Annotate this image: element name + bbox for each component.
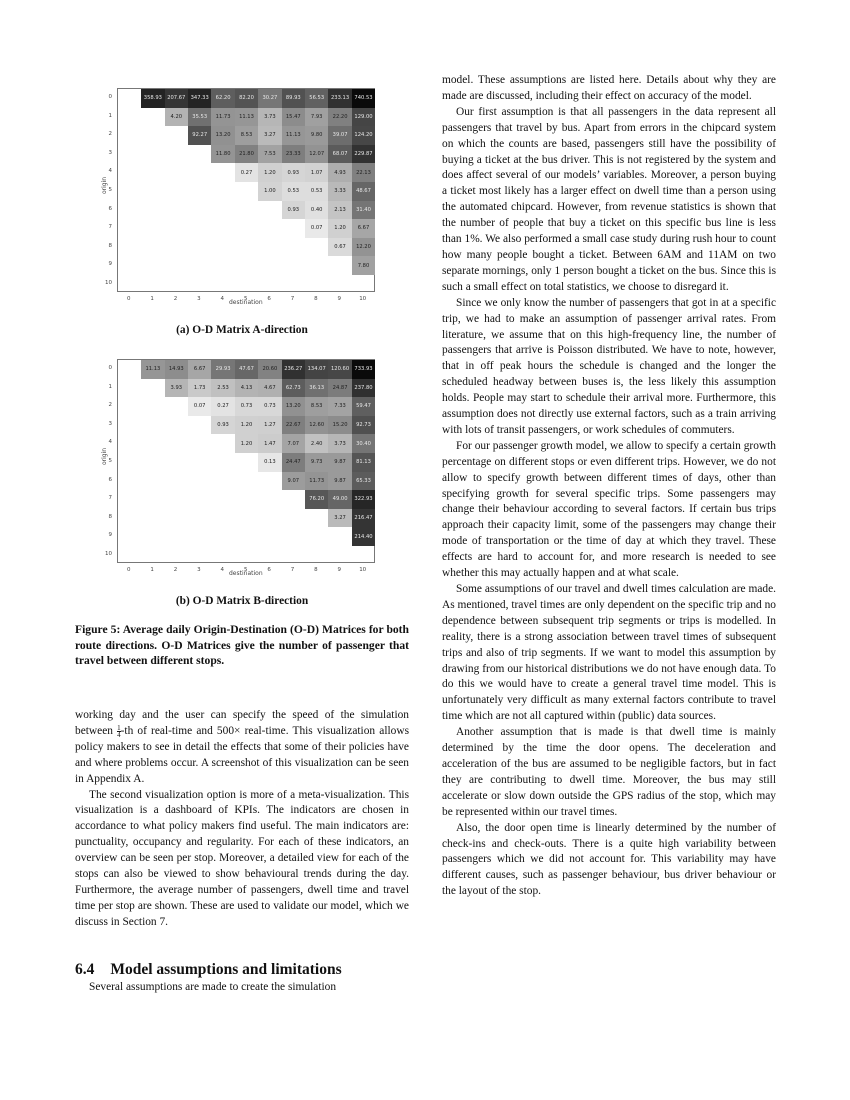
x-tick-label: 0: [122, 567, 136, 573]
heatmap-cell: 0.93: [211, 416, 234, 435]
heatmap-cell: 6.67: [188, 360, 211, 379]
heatmap-cell: 62.20: [211, 89, 234, 108]
heatmap-cell: 30.27: [258, 89, 281, 108]
heatmap-cell: 7.33: [328, 397, 351, 416]
heatmap-b-ylabel: origin: [101, 448, 108, 465]
heatmap-cell: 14.93: [165, 360, 188, 379]
heatmap-cell: 65.33: [352, 472, 375, 491]
heatmap-cell: 207.67: [165, 89, 188, 108]
heatmap-cell: 24.47: [282, 453, 305, 472]
heatmap-cell: 48.67: [352, 182, 375, 201]
paragraph: Since we only know the number of passeng…: [442, 296, 776, 439]
paragraph-text: -th of real-time and 500× real-time. Thi…: [75, 725, 409, 785]
x-tick-label: 2: [169, 567, 183, 573]
x-tick-label: 10: [356, 296, 370, 302]
subfigure-a-caption: (a) O-D Matrix A-direction: [75, 324, 409, 336]
heatmap-cell: 11.73: [305, 472, 328, 491]
paragraph: For our passenger growth model, we allow…: [442, 439, 776, 582]
heatmap-cell: 358.93: [141, 89, 164, 108]
heatmap-cell: 740.53: [352, 89, 375, 108]
x-tick-label: 3: [192, 567, 206, 573]
heatmap-cell: 1.20: [258, 163, 281, 182]
heatmap-cell: 0.93: [282, 163, 305, 182]
heatmap-cell: 39.07: [328, 126, 351, 145]
y-tick-label: 1: [98, 113, 112, 119]
y-tick-label: 9: [98, 261, 112, 267]
heatmap-cell: 0.07: [305, 219, 328, 238]
heatmap-cell: 2.53: [211, 379, 234, 398]
heatmap-cell: 47.67: [235, 360, 258, 379]
heatmap-cell: 233.13: [328, 89, 351, 108]
heatmap-cell: 236.27: [282, 360, 305, 379]
heatmap-cell: 24.87: [328, 379, 351, 398]
heatmap-cell: 15.20: [328, 416, 351, 435]
heatmap-cell: 129.00: [352, 108, 375, 127]
heatmap-cell: 229.87: [352, 145, 375, 164]
y-tick-label: 3: [98, 421, 112, 427]
heatmap-cell: 68.07: [328, 145, 351, 164]
x-tick-label: 7: [286, 567, 300, 573]
x-tick-label: 4: [215, 296, 229, 302]
heatmap-cell: 12.07: [305, 145, 328, 164]
heatmap-a-plot-area: 358.93207.67347.3362.2082.2030.2789.9356…: [117, 88, 375, 292]
heatmap-cell: 12.20: [352, 238, 375, 257]
heatmap-cell: 20.60: [258, 360, 281, 379]
heatmap-cell: 0.27: [211, 397, 234, 416]
heatmap-cell: 13.20: [282, 397, 305, 416]
right-column-body: model. These assumptions are listed here…: [442, 73, 776, 900]
paragraph: Several assumptions are made to create t…: [75, 980, 409, 996]
heatmap-cell: 134.07: [305, 360, 328, 379]
heatmap-cell: 214.40: [352, 527, 375, 546]
y-tick-label: 6: [98, 477, 112, 483]
heatmap-cell: 82.20: [235, 89, 258, 108]
x-tick-label: 1: [145, 296, 159, 302]
paragraph: Our first assumption is that all passeng…: [442, 105, 776, 296]
x-tick-label: 2: [169, 296, 183, 302]
y-tick-label: 2: [98, 402, 112, 408]
x-tick-label: 0: [122, 296, 136, 302]
heatmap-cell: 4.67: [258, 379, 281, 398]
y-tick-label: 10: [98, 280, 112, 286]
heatmap-cell: 23.33: [282, 145, 305, 164]
y-tick-label: 0: [98, 94, 112, 100]
heatmap-cell: 3.73: [258, 108, 281, 127]
y-tick-label: 7: [98, 224, 112, 230]
y-tick-label: 9: [98, 532, 112, 538]
x-tick-label: 6: [262, 567, 276, 573]
heatmap-cell: 30.40: [352, 434, 375, 453]
heatmap-cell: 15.47: [282, 108, 305, 127]
heatmap-cell: 49.00: [328, 490, 351, 509]
heatmap-cell: 9.07: [282, 472, 305, 491]
heatmap-cell: 1.07: [305, 163, 328, 182]
section-body: Several assumptions are made to create t…: [75, 980, 409, 996]
heatmap-cell: 1.00: [258, 182, 281, 201]
y-tick-label: 7: [98, 495, 112, 501]
heatmap-cell: 0.07: [188, 397, 211, 416]
heatmap-cell: 0.13: [258, 453, 281, 472]
heatmap-cell: 120.60: [328, 360, 351, 379]
heatmap-cell: 11.13: [141, 360, 164, 379]
y-tick-label: 0: [98, 365, 112, 371]
y-tick-label: 4: [98, 168, 112, 174]
heatmap-cell: 92.27: [188, 126, 211, 145]
heatmap-cell: 0.53: [282, 182, 305, 201]
heatmap-cell: 3.93: [165, 379, 188, 398]
y-tick-label: 3: [98, 150, 112, 156]
heatmap-cell: 2.40: [305, 434, 328, 453]
heatmap-cell: 216.47: [352, 509, 375, 528]
heatmap-cell: 9.80: [305, 126, 328, 145]
heatmap-cell: 12.60: [305, 416, 328, 435]
subfigure-b-caption: (b) O-D Matrix B-direction: [75, 595, 409, 607]
heatmap-cell: 59.47: [352, 397, 375, 416]
heatmap-cell: 1.20: [235, 434, 258, 453]
heatmap-cell: 4.93: [328, 163, 351, 182]
heatmap-cell: 7.80: [352, 256, 375, 275]
heatmap-cell: 0.40: [305, 201, 328, 220]
x-tick-label: 6: [262, 296, 276, 302]
heatmap-cell: 3.73: [328, 434, 351, 453]
heatmap-cell: 0.73: [258, 397, 281, 416]
heatmap-cell: 35.53: [188, 108, 211, 127]
heatmap-cell: 22.20: [328, 108, 351, 127]
heatmap-cell: 237.80: [352, 379, 375, 398]
heatmap-cell: 124.20: [352, 126, 375, 145]
heatmap-b-plot-area: 11.1314.936.6729.9347.6720.60236.27134.0…: [117, 359, 375, 563]
heatmap-cell: 3.33: [328, 182, 351, 201]
x-tick-label: 8: [309, 296, 323, 302]
heatmap-cell: 6.67: [352, 219, 375, 238]
heatmap-cell: 81.13: [352, 453, 375, 472]
x-tick-label: 9: [332, 567, 346, 573]
heatmap-cell: 11.13: [235, 108, 258, 127]
heatmap-cell: 8.53: [305, 397, 328, 416]
heatmap-cell: 29.93: [211, 360, 234, 379]
heatmap-cell: 9.87: [328, 453, 351, 472]
section-heading: 6.4Model assumptions and limitations: [75, 961, 342, 979]
heatmap-cell: 1.20: [235, 416, 258, 435]
heatmap-cell: 8.53: [235, 126, 258, 145]
x-tick-label: 8: [309, 567, 323, 573]
x-tick-label: 10: [356, 567, 370, 573]
heatmap-cell: 22.67: [282, 416, 305, 435]
heatmap-cell: 347.33: [188, 89, 211, 108]
heatmap-cell: 7.07: [282, 434, 305, 453]
heatmap-cell: 0.73: [235, 397, 258, 416]
heatmap-cell: 11.80: [211, 145, 234, 164]
heatmap-cell: 322.93: [352, 490, 375, 509]
heatmap-cell: 92.73: [352, 416, 375, 435]
section-number: 6.4: [75, 961, 94, 978]
section-title: Model assumptions and limitations: [110, 961, 341, 978]
x-tick-label: 4: [215, 567, 229, 573]
heatmap-cell: 2.13: [328, 201, 351, 220]
y-tick-label: 8: [98, 243, 112, 249]
heatmap-cell: 1.73: [188, 379, 211, 398]
heatmap-cell: 3.27: [328, 509, 351, 528]
heatmap-cell: 36.13: [305, 379, 328, 398]
heatmap-a-ylabel: origin: [101, 177, 108, 194]
heatmap-b-xlabel: destination: [229, 570, 263, 577]
heatmap-cell: 1.47: [258, 434, 281, 453]
heatmap-cell: 89.93: [282, 89, 305, 108]
heatmap-cell: 13.20: [211, 126, 234, 145]
heatmap-cell: 1.20: [328, 219, 351, 238]
y-tick-label: 2: [98, 131, 112, 137]
heatmap-cell: 0.27: [235, 163, 258, 182]
heatmap-a-xlabel: destination: [229, 299, 263, 306]
heatmap-cell: 22.13: [352, 163, 375, 182]
heatmap-cell: 3.27: [258, 126, 281, 145]
paragraph: model. These assumptions are listed here…: [442, 73, 776, 105]
paragraph: Also, the door open time is linearly det…: [442, 821, 776, 901]
heatmap-cell: 1.27: [258, 416, 281, 435]
y-tick-label: 6: [98, 206, 112, 212]
heatmap-cell: 76.20: [305, 490, 328, 509]
heatmap-cell: 21.80: [235, 145, 258, 164]
x-tick-label: 7: [286, 296, 300, 302]
x-tick-label: 3: [192, 296, 206, 302]
heatmap-cell: 0.93: [282, 201, 305, 220]
heatmap-cell: 7.53: [258, 145, 281, 164]
heatmap-cell: 4.13: [235, 379, 258, 398]
heatmap-cell: 9.73: [305, 453, 328, 472]
heatmap-cell: 733.93: [352, 360, 375, 379]
paragraph: working day and the user can specify the…: [75, 708, 409, 788]
heatmap-cell: 62.73: [282, 379, 305, 398]
paragraph: Another assumption that is made is that …: [442, 725, 776, 820]
paragraph: The second visualization option is more …: [75, 788, 409, 931]
heatmap-cell: 11.13: [282, 126, 305, 145]
heatmap-cell: 11.73: [211, 108, 234, 127]
heatmap-cell: 56.53: [305, 89, 328, 108]
figure-caption: Figure 5: Average daily Origin-Destinati…: [75, 622, 409, 669]
left-column-body: working day and the user can specify the…: [75, 708, 409, 931]
heatmap-cell: 4.20: [165, 108, 188, 127]
heatmap-cell: 9.87: [328, 472, 351, 491]
y-tick-label: 10: [98, 551, 112, 557]
y-tick-label: 8: [98, 514, 112, 520]
heatmap-cell: 0.53: [305, 182, 328, 201]
x-tick-label: 1: [145, 567, 159, 573]
heatmap-cell: 0.67: [328, 238, 351, 257]
heatmap-cell: 7.93: [305, 108, 328, 127]
y-tick-label: 1: [98, 384, 112, 390]
y-tick-label: 4: [98, 439, 112, 445]
x-tick-label: 9: [332, 296, 346, 302]
heatmap-cell: 31.40: [352, 201, 375, 220]
paragraph: Some assumptions of our travel and dwell…: [442, 582, 776, 725]
